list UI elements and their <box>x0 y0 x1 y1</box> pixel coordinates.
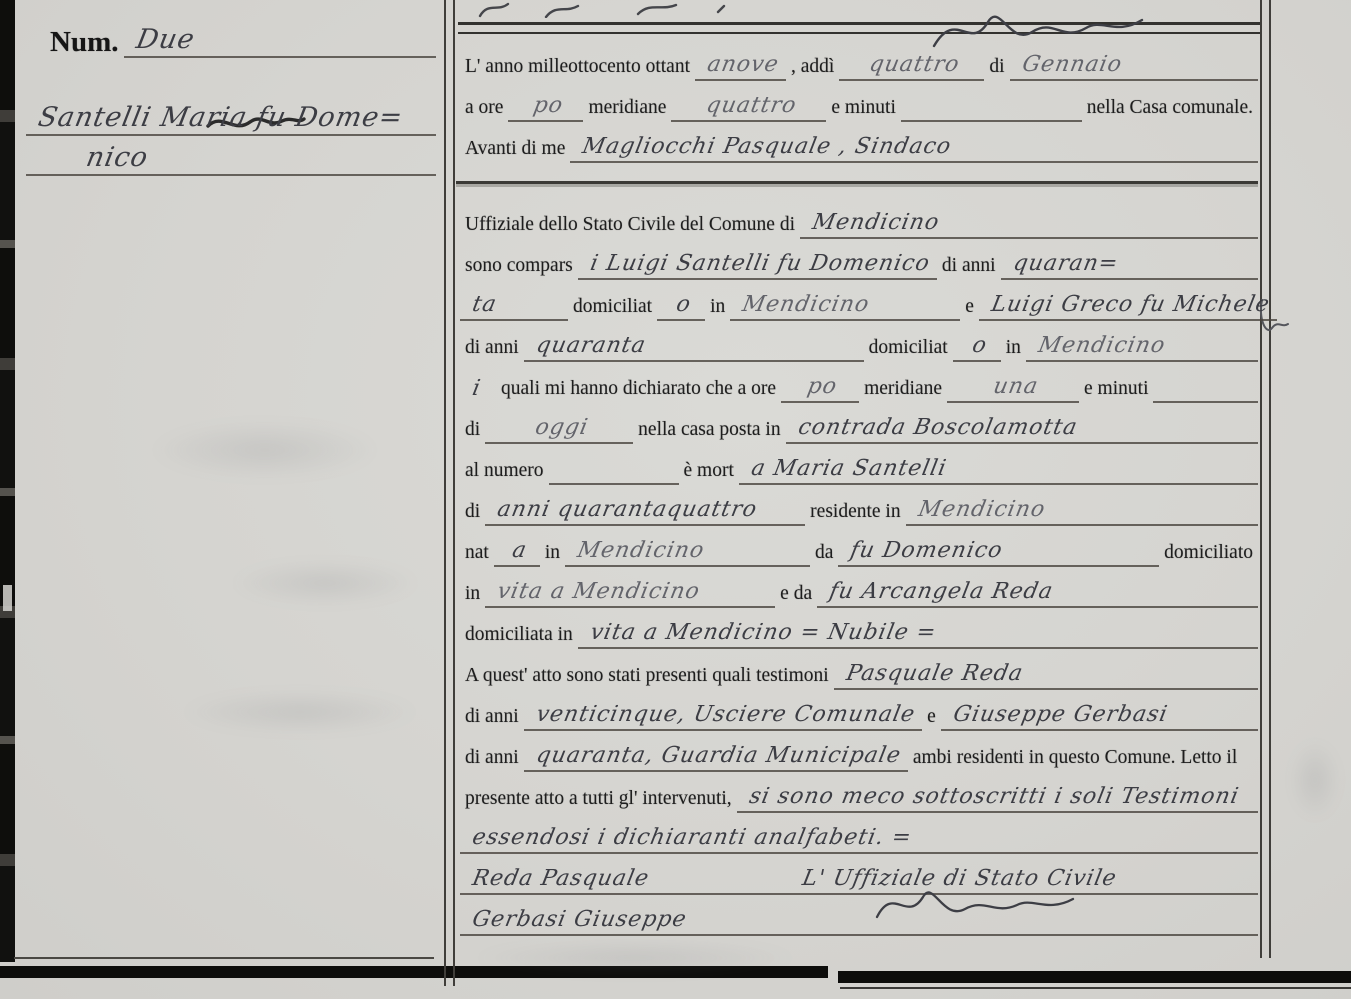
handwritten-entry: una <box>947 373 1079 403</box>
bleed-through-mark <box>180 690 420 734</box>
handwritten-entry: si sono meco sottoscritti i soli Testimo… <box>737 783 1258 813</box>
scan-edge-bottom-right <box>838 971 1351 983</box>
handwritten-entry: Mendicino <box>800 209 1258 239</box>
printed-text: al numero <box>460 457 549 485</box>
blank-field <box>1153 401 1258 403</box>
handwritten-entry: ta <box>460 291 568 321</box>
line-marital-status: domiciliata invita a Mendicino = Nubile … <box>460 608 1258 649</box>
cut-off-handwriting-fragment <box>468 0 788 23</box>
printed-text: domiciliat <box>568 293 657 321</box>
bleed-through-mark <box>150 420 380 480</box>
printed-text: Avanti di me <box>460 135 570 163</box>
death-record-scan: Num. Due Santelli Maria fu Dome= nico L'… <box>0 0 1351 999</box>
handwritten-entry: o <box>953 332 1001 362</box>
handwritten-entry: po <box>781 373 859 403</box>
printed-text: meridiane <box>583 94 671 122</box>
line-closing-2: essendosi i dichiaranti analfabeti. = <box>460 813 1258 854</box>
printed-text: domiciliat <box>864 334 953 362</box>
handwritten-entry: anove <box>695 51 786 81</box>
handwritten-entry: Mendicino <box>730 291 960 321</box>
handwritten-entry: Mendicino <box>906 496 1258 526</box>
handwritten-entry: oggi <box>485 414 633 444</box>
handwritten-entry: contrada Boscolamotta <box>786 414 1258 444</box>
printed-text: quali mi hanno dichiarato che a ore <box>496 375 781 403</box>
line-birth-and-father: natainMendicinodafu Domenicodomiciliato <box>460 526 1258 567</box>
handwritten-entry: o <box>657 291 705 321</box>
handwritten-entry: quattro <box>839 51 984 81</box>
deceased-name-margin-row2: nico <box>26 144 436 176</box>
line-year-and-date: L' anno milleottocento ottantanove, addì… <box>460 40 1258 81</box>
handwritten-entry: essendosi i dichiaranti analfabeti. = <box>460 824 1258 854</box>
handwritten-entry: quaranta, Guardia Municipale <box>524 742 908 772</box>
printed-text: e <box>922 703 941 731</box>
printed-text: di <box>984 53 1009 81</box>
handwritten-entry: fu Domenico <box>838 537 1159 567</box>
line-declarant-2: tadomiciliatoinMendicinoeLuigi Greco fu … <box>460 280 1258 321</box>
handwritten-entry: a Maria Santelli <box>739 455 1258 485</box>
printed-text: di <box>460 416 485 444</box>
scan-edge-left <box>0 0 15 962</box>
handwritten-entry: fu Arcangela Reda <box>817 578 1258 608</box>
line-deceased-age-residence: dianni quarantaquattroresidente inMendic… <box>460 485 1258 526</box>
printed-text: in <box>540 539 565 567</box>
printed-text: e minuti <box>826 94 900 122</box>
printed-text: domiciliata in <box>460 621 578 649</box>
printed-text: L' anno milleottocento ottant <box>460 53 695 81</box>
handwritten-entry: quattro <box>671 92 826 122</box>
deceased-name-margin-row1: Santelli Maria fu Dome= <box>26 104 436 136</box>
printed-text: in <box>1001 334 1026 362</box>
printed-text: di anni <box>937 252 1001 280</box>
right-border-rule <box>1260 0 1271 958</box>
line-closing-1: presente atto a tutti gl' intervenuti,si… <box>460 772 1258 813</box>
line-time: a orepomeridianequattroe minutinella Cas… <box>460 81 1258 122</box>
printed-text: e <box>960 293 979 321</box>
printed-text: è mort <box>679 457 739 485</box>
line-witnesses-1: A quest' atto sono stati presenti quali … <box>460 649 1258 690</box>
printed-text: e minuti <box>1079 375 1153 403</box>
margin-column: Num. Due Santelli Maria fu Dome= nico <box>26 26 436 176</box>
printed-text: , addì <box>786 53 839 81</box>
printed-text: nella casa posta in <box>633 416 785 444</box>
blank-field <box>549 483 679 485</box>
record-number-value: Due <box>124 26 436 58</box>
handwritten-entry: Mendicino <box>1026 332 1258 362</box>
bleed-through-mark <box>470 940 800 976</box>
line-official: Avanti di meMagliocchi Pasquale , Sindac… <box>460 122 1258 163</box>
margin-divider-rule <box>444 0 455 986</box>
handwritten-entry: i <box>460 375 496 403</box>
line-witnesses-2: di anniventicinque, Usciere ComunaleeGiu… <box>460 690 1258 731</box>
handwritten-entry: i Luigi Santelli fu Domenico <box>578 250 937 280</box>
printed-text: in <box>705 293 730 321</box>
handwritten-entry: Giuseppe Gerbasi <box>941 701 1258 731</box>
handwritten-entry: Reda Pasquale <box>460 865 790 895</box>
printed-text: A quest' atto sono stati presenti quali … <box>460 662 834 690</box>
section-rule <box>456 181 1258 184</box>
handwritten-entry: Magliocchi Pasquale , Sindaco <box>570 133 1258 163</box>
handwritten-entry: quaran= <box>1001 250 1258 280</box>
line-declaration-time: iquali mi hanno dichiarato che a orepome… <box>460 362 1258 403</box>
handwritten-entry: vita a Mendicino = Nubile = <box>578 619 1258 649</box>
handwritten-entry: a <box>494 537 540 567</box>
line-witnesses-3: di anniquaranta, Guardia Municipaleambi … <box>460 731 1258 772</box>
printed-text: nat <box>460 539 494 567</box>
bleed-through-mark <box>1290 740 1340 820</box>
printed-text: a ore <box>460 94 508 122</box>
printed-text: presente atto a tutti gl' intervenuti, <box>460 785 737 813</box>
handwritten-entry: anni quarantaquattro <box>485 496 805 526</box>
handwritten-entry: Luigi Greco fu Michele <box>979 291 1277 321</box>
bleed-through-mark <box>230 560 420 606</box>
handwritten-entry: Gerbasi Giuseppe <box>460 906 857 936</box>
printed-text: ambi residenti in questo Comune. Letto i… <box>908 744 1242 772</box>
printed-text: meridiane <box>859 375 947 403</box>
line-mother: invita a Mendicinoe dafu Arcangela Reda <box>460 567 1258 608</box>
printed-text: domiciliato <box>1159 539 1258 567</box>
line-declarant-3: di anniquarantadomiciliatoinMendicino <box>460 321 1258 362</box>
handwritten-entry: quaranta <box>524 332 864 362</box>
scan-edge-bottom-thin <box>840 987 1351 989</box>
printed-text: di anni <box>460 703 524 731</box>
handwritten-entry: po <box>508 92 583 122</box>
printed-text: e da <box>775 580 817 608</box>
printed-text: nella Casa comunale. <box>1082 94 1258 122</box>
handwritten-entry: Mendicino <box>565 537 810 567</box>
scan-edge-gap <box>3 585 12 611</box>
line-death-place: diogginella casa posta incontrada Boscol… <box>460 403 1258 444</box>
printed-text: di anni <box>460 334 524 362</box>
line-deceased-name: al numeroè morta Maria Santelli <box>460 444 1258 485</box>
line-declarant-1: sono comparsi Luigi Santelli fu Domenico… <box>460 239 1258 280</box>
handwritten-entry: Pasquale Reda <box>834 660 1258 690</box>
handwritten-entry: venticinque, Usciere Comunale <box>524 701 922 731</box>
handwritten-entry: vita a Mendicino <box>485 578 775 608</box>
deceased-name-margin-continued: nico <box>26 144 436 176</box>
deceased-name-margin: Santelli Maria fu Dome= <box>26 104 436 136</box>
printed-text: in <box>460 580 485 608</box>
printed-text: Uffiziale dello Stato Civile del Comune … <box>460 211 800 239</box>
handwritten-entry: Gennaio <box>1010 51 1259 81</box>
printed-text: di <box>460 498 485 526</box>
margin-bottom-line <box>14 957 434 959</box>
blank-field <box>901 120 1082 122</box>
printed-text: di anni <box>460 744 524 772</box>
num-label: Num. <box>26 29 124 58</box>
line-signatures-2: Gerbasi Giuseppe <box>460 895 1258 936</box>
printed-text: da <box>810 539 838 567</box>
record-number-row: Num. Due <box>26 26 436 58</box>
printed-text: sono compars <box>460 252 578 280</box>
printed-text: residente in <box>805 498 905 526</box>
body-lines: L' anno milleottocento ottantanove, addì… <box>460 40 1258 936</box>
line-comune: Uffiziale dello Stato Civile del Comune … <box>460 198 1258 239</box>
